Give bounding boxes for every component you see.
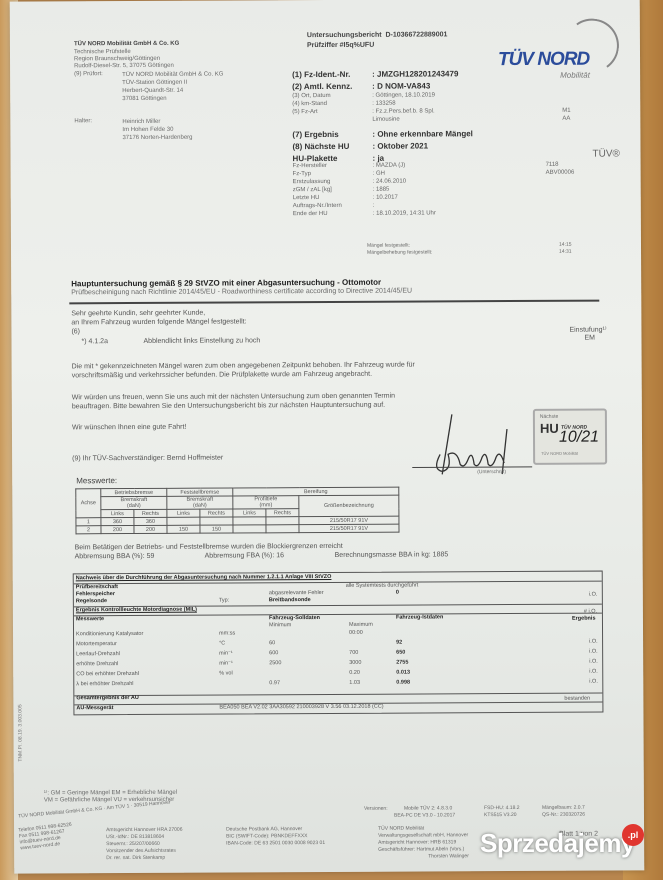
sender-dept: Technische Prüfstelle <box>74 49 131 55</box>
messwerte-title: Messwerte: <box>76 476 117 485</box>
vehicle-field-label: HU-Plakette <box>293 154 338 163</box>
vehicle-field-label: Auftrags-Nr./Intern <box>293 203 342 209</box>
col-links: Links <box>167 509 200 517</box>
logo-sub: Mobilität <box>560 71 590 80</box>
versions-label: Versionen: <box>364 806 388 812</box>
col-profiltiefe: Profiltiefe(mm) <box>233 496 299 509</box>
version-item: Mobile TÜV 2: 4.8.3.0 <box>404 805 452 811</box>
paragraph-2-line-1: Wir würden uns freuen, wenn Sie uns auch… <box>72 393 395 402</box>
version-item: KTS515 V3.20 <box>484 812 517 818</box>
vehicle-field-value: : D NOM-VA843 <box>372 81 430 90</box>
vehicle-field-extra: 7118 <box>546 162 559 168</box>
vehicle-field-label: Fz-Hersteller <box>293 163 327 169</box>
vehicle-field-label: zGM / zAL [kg] <box>293 187 332 193</box>
maengel-festgestellt-time: 14:15 <box>559 242 572 248</box>
dan-unit: (daN) <box>127 503 141 509</box>
pruefziffer-value: #I5q%UFU <box>340 42 375 49</box>
vehicle-field-value: : GH <box>373 171 385 177</box>
section-number: (6) <box>71 328 80 335</box>
vehicle-field-value: Limousine <box>372 117 399 123</box>
au-row-result: i.O. <box>589 669 598 675</box>
divider <box>74 693 602 697</box>
sender-region: Region Braunschweig/Göttingen <box>74 56 160 62</box>
au-row-name: erhöhte Drehzahl <box>76 661 118 667</box>
sender-company: TÜV NORD Mobilität GmbH & Co. KG <box>74 41 179 48</box>
hu-plakette-stamp: Nächste HU TÜV NORD 10/21 TÜV NORD Mobil… <box>533 409 607 465</box>
brake-table: Achse Betriebsbremse Feststellbremse Ber… <box>75 487 399 535</box>
table-row: 2 200 200 150 150 215/50R17 91V <box>76 524 399 534</box>
pruefbereitschaft-label: Prüfbereitschaft <box>76 584 118 590</box>
stamp-hu: HU <box>540 421 559 436</box>
vehicle-field-value: : JMZGH128201243479 <box>372 69 458 78</box>
col-ergebnis: Ergebnis <box>572 616 596 622</box>
col-bremskraft-fb: Bremskraft(daN) <box>167 496 233 509</box>
vehicle-field-label: (2) Amtl. Kennz. <box>292 82 352 91</box>
footer-register: Amtsgericht Hannover HRA 27006 USt.-IdNr… <box>106 827 183 862</box>
au-row-ist: 92 <box>396 640 402 646</box>
cell: 200 <box>101 526 134 534</box>
vehicle-field-value: : <box>373 203 375 209</box>
cell: 215/50R17 91V <box>299 524 399 533</box>
au-title: Nachweis über die Durchführung der Abgas… <box>76 574 332 581</box>
halter-label: Halter: <box>74 118 92 124</box>
au-row-max: 700 <box>349 650 358 656</box>
defect-text: Abblendlicht links Einstellung zu hoch <box>143 337 260 345</box>
version-item: BEA-PC DE V3.0 - 10.2017 <box>394 812 455 818</box>
gesamt-label: Gesamtergebnis der AU <box>76 695 138 701</box>
fehlerspeicher-value: 0 <box>396 590 399 596</box>
col-bremskraft-bb: Bremskraft(daN) <box>101 496 167 509</box>
cell: 2 <box>76 526 101 534</box>
cell <box>233 517 266 525</box>
au-row-result: i.O. <box>589 649 598 655</box>
pruefort-address: TÜV NORD Mobilität GmbH & Co. KG TÜV-Sta… <box>122 71 224 104</box>
tuv-nord-logo: TÜV NORD Mobilität <box>498 49 589 71</box>
maengelbehebung-label: Mängelbehebung festgestellt: <box>367 249 432 255</box>
au-row-unit: % vol <box>219 670 232 676</box>
cell: 150 <box>167 525 200 533</box>
au-row-ist: 2755 <box>396 660 408 666</box>
defect-class: EM <box>584 335 595 342</box>
au-row-min: 0.97 <box>269 680 280 686</box>
report-number: Untersuchungsbericht D-10366722889001 <box>307 31 448 39</box>
einstufung-label: Einstufung¹⁾ <box>569 326 606 334</box>
col-links: Links <box>233 509 266 517</box>
mgmt-line: Thorsten Walinger <box>378 853 469 860</box>
report-heading: Hauptuntersuchung gemäß § 29 StVZO mit e… <box>71 278 381 289</box>
pruefort-label: (9) Prüfort: <box>74 71 103 77</box>
vehicle-field-value: : Ohne erkennbare Mängel <box>372 129 473 139</box>
vehicle-field-extra: M1 <box>562 108 570 114</box>
vehicle-field-value: : 1885 <box>373 187 390 193</box>
vehicle-field-value: : 10.2017 <box>373 195 398 201</box>
cell <box>200 517 233 525</box>
version-item: Mängelbaum: 2.0.7 <box>542 805 585 811</box>
vehicle-field-value: : 18.10.2019, 14:31 Uhr <box>373 210 436 216</box>
fba-value: Abbremsung FBA (%): 16 <box>205 552 284 559</box>
pruefort-line: TÜV NORD Mobilität GmbH & Co. KG <box>122 71 223 80</box>
maengel-festgestellt-label: Mängel festgestellt: <box>367 243 410 249</box>
col-achse: Achse <box>76 489 101 518</box>
cell: 1 <box>76 518 101 526</box>
fehlerspeicher-label: Fehlerspeicher <box>76 591 115 597</box>
geraet-value: BEA050 BEA V2.02 3AA30592 210003928 V 3.… <box>219 704 383 711</box>
signature-caption: (Unterschrift) <box>477 469 506 475</box>
col-rechts: Rechts <box>134 509 167 517</box>
typ-value: Breitbandsonde <box>269 597 311 603</box>
cell: 360 <box>101 518 134 526</box>
au-rows: Konditionierung Katalysatormm:ss00:00Mot… <box>74 572 602 575</box>
watermark-badge: .pl <box>622 824 644 846</box>
vehicle-field-label: Ende der HU <box>293 211 328 217</box>
au-row-max: 3000 <box>349 660 361 666</box>
vehicle-field-label: (8) Nächste HU <box>292 142 349 151</box>
mil-label: Ergebnis Kontrollleuchte Motordiagnose (… <box>76 607 197 614</box>
fehlerspeicher-result: i.O. <box>589 592 598 598</box>
au-row-name: Leerlauf-Drehzahl <box>76 651 120 657</box>
tuv-mark: TÜV® <box>592 148 619 159</box>
cell: 200 <box>134 525 167 533</box>
brake-note: Beim Betätigen der Betriebs- und Festste… <box>75 543 343 551</box>
col-links: Links <box>101 510 134 518</box>
sender-address: Rudolf-Diesel-Str. 5, 37075 Göttingen <box>74 63 174 70</box>
au-section: Nachweis über die Durchführung der Abgas… <box>73 571 604 716</box>
legend-line-1: ¹⁾: GM = Geringe Mängel EM = Erhebliche … <box>44 789 177 797</box>
stamp-small-text: Nächste <box>540 414 558 420</box>
halter-line: 37176 Norten-Hardenberg <box>122 134 192 142</box>
inspector-name: (9) Ihr TÜV-Sachverständiger: Bernd Hoff… <box>72 455 223 463</box>
dan-unit: (daN) <box>193 503 207 509</box>
au-row-unit: min⁻¹ <box>219 660 233 666</box>
col-ist: Fahrzeug-Istdaten <box>396 614 443 620</box>
col-rechts: Rechts <box>200 509 233 517</box>
watermark-text: Sprzedajemy <box>480 828 635 859</box>
col-max: Maximum <box>349 622 373 628</box>
paragraph-2-line-2: beauftragen. Bitte bewahren Sie den Unte… <box>72 402 385 411</box>
maengelbehebung-time: 14:31 <box>559 249 572 255</box>
halter-address: Heinrich Miller Im Hohen Felde 30 37176 … <box>122 118 192 142</box>
cell <box>167 517 200 525</box>
stamp-footer: TÜV NORD Mobilität <box>541 451 578 456</box>
vehicle-field-value: : Göttingen, 18.10.2019 <box>372 92 435 98</box>
vehicle-field-value: : 133258 <box>372 101 395 107</box>
vehicle-field-label: (7) Ergebnis <box>292 130 338 139</box>
paragraph-1-line-2: vorschriftsmäßig und verkehrssicher befu… <box>72 371 372 380</box>
typ-label: Typ: <box>219 598 229 604</box>
cell <box>266 517 299 525</box>
au-row-max: 0.20 <box>349 670 360 676</box>
au-row-unit: °C <box>219 641 225 647</box>
au-row-name: Motortemperatur <box>76 641 117 647</box>
mm-unit: (mm) <box>259 502 272 508</box>
vehicle-field-value: : Fz.z.Pers.bef.b. 8 Spl. <box>372 108 434 114</box>
footer-bank: Deutsche Postbank AG, Hannover BIC (SWIF… <box>226 826 325 848</box>
vehicle-field-extra: ABV00006 <box>546 170 575 176</box>
version-item: FSD-HU: 4.18.2 <box>484 805 520 811</box>
heading-divider <box>69 300 599 305</box>
masse-value: Berechnungsmasse BBA in kg: 1885 <box>335 551 449 559</box>
col-messwerte: Messwerte <box>76 616 104 622</box>
vehicle-field-value: : Oktober 2021 <box>372 141 428 150</box>
pruefbereitschaft-value: alle Systemtests durchgeführt <box>346 583 418 589</box>
vehicle-field-value: : MAZDA (J) <box>373 163 406 169</box>
cell: 150 <box>200 525 233 533</box>
version-item: QS-Nr.: 230320726 <box>542 812 585 818</box>
vehicle-field-label: Fz-Typ <box>293 171 311 177</box>
au-row-ist: 0.998 <box>396 680 410 686</box>
vehicle-field-label: (1) Fz-Ident.-Nr. <box>292 70 350 79</box>
vehicle-field-label: (3) Ort, Datum <box>292 93 330 99</box>
vehicle-field-value: : 24.06.2010 <box>373 179 406 185</box>
cell: 360 <box>134 517 167 525</box>
col-groesse: Größenbezeichnung <box>299 495 399 517</box>
report-id: D-10366722889001 <box>385 31 447 38</box>
au-row-name: CO bei erhöhter Drehzahl <box>76 671 139 677</box>
au-row-unit: mm:ss <box>219 630 235 636</box>
col-min: Minimum <box>269 622 291 628</box>
au-row-min: 2500 <box>269 660 281 666</box>
divider <box>74 581 602 585</box>
footer-contact: Telefon 0511 998-62526 Fax 0511 998-6126… <box>18 822 74 852</box>
au-row-name: λ bei erhöhter Drehzahl <box>76 681 133 687</box>
vehicle-field-value: : ja <box>373 154 385 163</box>
au-row-min: 60 <box>269 640 275 646</box>
report-label: Untersuchungsbericht <box>307 32 382 39</box>
pruefziffer-label: Prüfziffer <box>307 42 338 49</box>
greeting: Sehr geehrte Kundin, sehr geehrter Kunde… <box>71 310 205 318</box>
vehicle-field-label: Erstzulassung <box>293 179 331 185</box>
vehicle-field-label: Letzte HU <box>293 195 320 201</box>
cell <box>266 525 299 533</box>
pruefort-line: 37081 Göttingen <box>122 95 223 104</box>
stamp-handwriting: 10/21 <box>559 429 599 447</box>
divider <box>74 613 602 617</box>
register-line: Dr. rer. nat. Dirk Stenkamp <box>106 855 182 862</box>
vehicle-field-label: (5) Fz-Art <box>292 109 317 115</box>
col-soll: Fahrzeug-Solldaten <box>269 615 320 621</box>
geraet-label: AU-Messgerät <box>76 705 113 711</box>
report-subheading: Prüfbescheinigung nach Richtlinie 2014/4… <box>71 288 412 297</box>
paragraph-1-line-1: Die mit * gekennzeichneten Mängel waren … <box>72 362 415 371</box>
cell <box>233 525 266 533</box>
au-row-max: 00:00 <box>349 630 363 636</box>
logo-brand: TÜV NORD <box>498 49 589 71</box>
au-row-name: Konditionierung Katalysator <box>76 631 143 637</box>
vehicle-field-extra: AA <box>562 116 570 122</box>
au-row-result: i.O. <box>589 659 598 665</box>
bba-value: Abbremsung BBA (%): 59 <box>75 553 155 560</box>
inspection-report-page: TÜV NORD Mobilität GmbH & Co. KG Technis… <box>10 0 645 874</box>
vehicle-fields: (1) Fz-Ident.-Nr.: JMZGH128201243479(2) … <box>10 0 640 2</box>
vehicle-field-label: (4) km-Stand <box>292 101 327 107</box>
col-rechts: Rechts <box>266 509 299 517</box>
au-row-unit: min⁻¹ <box>219 650 233 656</box>
au-row-ist: 650 <box>396 650 405 656</box>
defect-code: *) 4.1.2a <box>81 338 108 345</box>
au-row-result: i.O. <box>589 639 598 645</box>
au-row-min: 600 <box>269 650 278 656</box>
au-row-max: 1.03 <box>349 680 360 686</box>
au-row-ist: 0.013 <box>396 670 410 676</box>
regelsonde-label: Regelsonde <box>76 598 107 604</box>
intro-text: an Ihrem Fahrzeug wurden folgende Mängel… <box>71 318 246 326</box>
fehlerspeicher-desc: abgasrelevante Fehler <box>269 590 324 596</box>
footer-management: TÜV NORD Mobilität Verwaltungsgesellscha… <box>378 825 469 860</box>
closing-text: Wir wünschen Ihnen eine gute Fahrt! <box>72 424 186 432</box>
au-row-result: i.O. <box>589 679 598 685</box>
side-form-code: TNM.PI. 08.19. 3.003.005 <box>17 704 23 761</box>
bank-line: IBAN-Code: DE 63 2501 0030 0008 9023 01 <box>226 840 325 848</box>
pruefziffer: Prüfziffer #I5q%UFU <box>307 42 374 49</box>
